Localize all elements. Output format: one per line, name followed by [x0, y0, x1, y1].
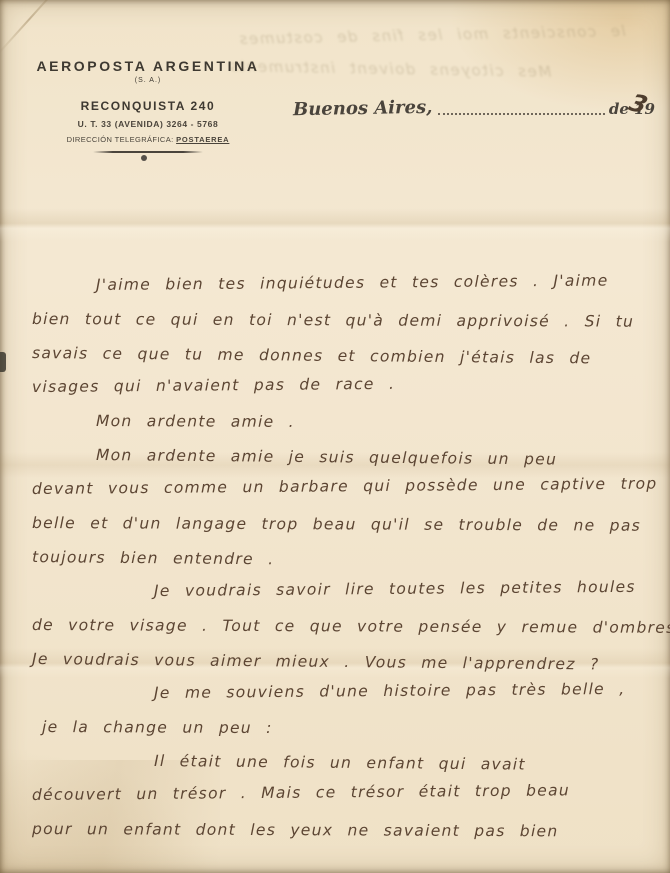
letter-line: devant vous comme un barbare qui possède… — [32, 467, 644, 506]
dateline: Buenos Aires, de 19 3 — [293, 98, 655, 119]
letter-line: pour un enfant dont les yeux ne savaient… — [32, 812, 644, 849]
letter-line: Mon ardente amie . — [96, 404, 644, 440]
scan-edge-mark — [0, 352, 6, 372]
company-name: AEROPOSTA ARGENTINA — [28, 58, 268, 74]
corner-crease — [0, 0, 62, 55]
dateline-blank-rule — [438, 99, 604, 115]
telegraph-label: DIRECCIÓN TELEGRÁFICA: — [67, 135, 177, 144]
company-legal-form: (S. A.) — [28, 77, 268, 84]
letter-line: belle et d'un langage trop beau qu'il se… — [32, 506, 644, 543]
letter-line: Je me souviens d'une histoire pas très b… — [154, 672, 644, 710]
letter-line: je la change un peu : — [42, 710, 644, 747]
letter-line: découvert un trésor . Mais ce trésor éta… — [32, 773, 644, 812]
letter-line: de votre visage . Tout ce que votre pens… — [32, 608, 644, 645]
company-address: RECONQUISTA 240 — [28, 99, 268, 113]
ornament-drop — [141, 155, 147, 161]
telegraph-line: DIRECCIÓN TELEGRÁFICA: POSTAEREA — [28, 135, 268, 144]
company-phone: U. T. 33 (AVENIDA) 3264 - 5768 — [28, 119, 268, 129]
letter-line: bien tout ce qui en toi n'est qu'à demi … — [32, 302, 644, 339]
bleed-through-line: le conscients moi les fins de costumes — [212, 21, 652, 48]
scanned-letter-page: le conscients moi les fins de costumes M… — [0, 0, 670, 873]
letter-line: visages qui n'avaient pas de race . — [32, 365, 644, 404]
telegraph-value: POSTAEREA — [176, 135, 229, 144]
letter-line: J'aime bien tes inquiétudes et tes colèr… — [96, 263, 644, 302]
letter-line: Je voudrais savoir lire toutes les petit… — [154, 570, 644, 608]
letterhead: AEROPOSTA ARGENTINA (S. A.) RECONQUISTA … — [28, 58, 268, 163]
letterhead-ornament — [93, 151, 203, 163]
dateline-city: Buenos Aires, — [293, 97, 433, 120]
ornament-rule — [93, 151, 203, 153]
letter-body: J'aime bien tes inquiétudes et tes colèr… — [32, 268, 644, 846]
